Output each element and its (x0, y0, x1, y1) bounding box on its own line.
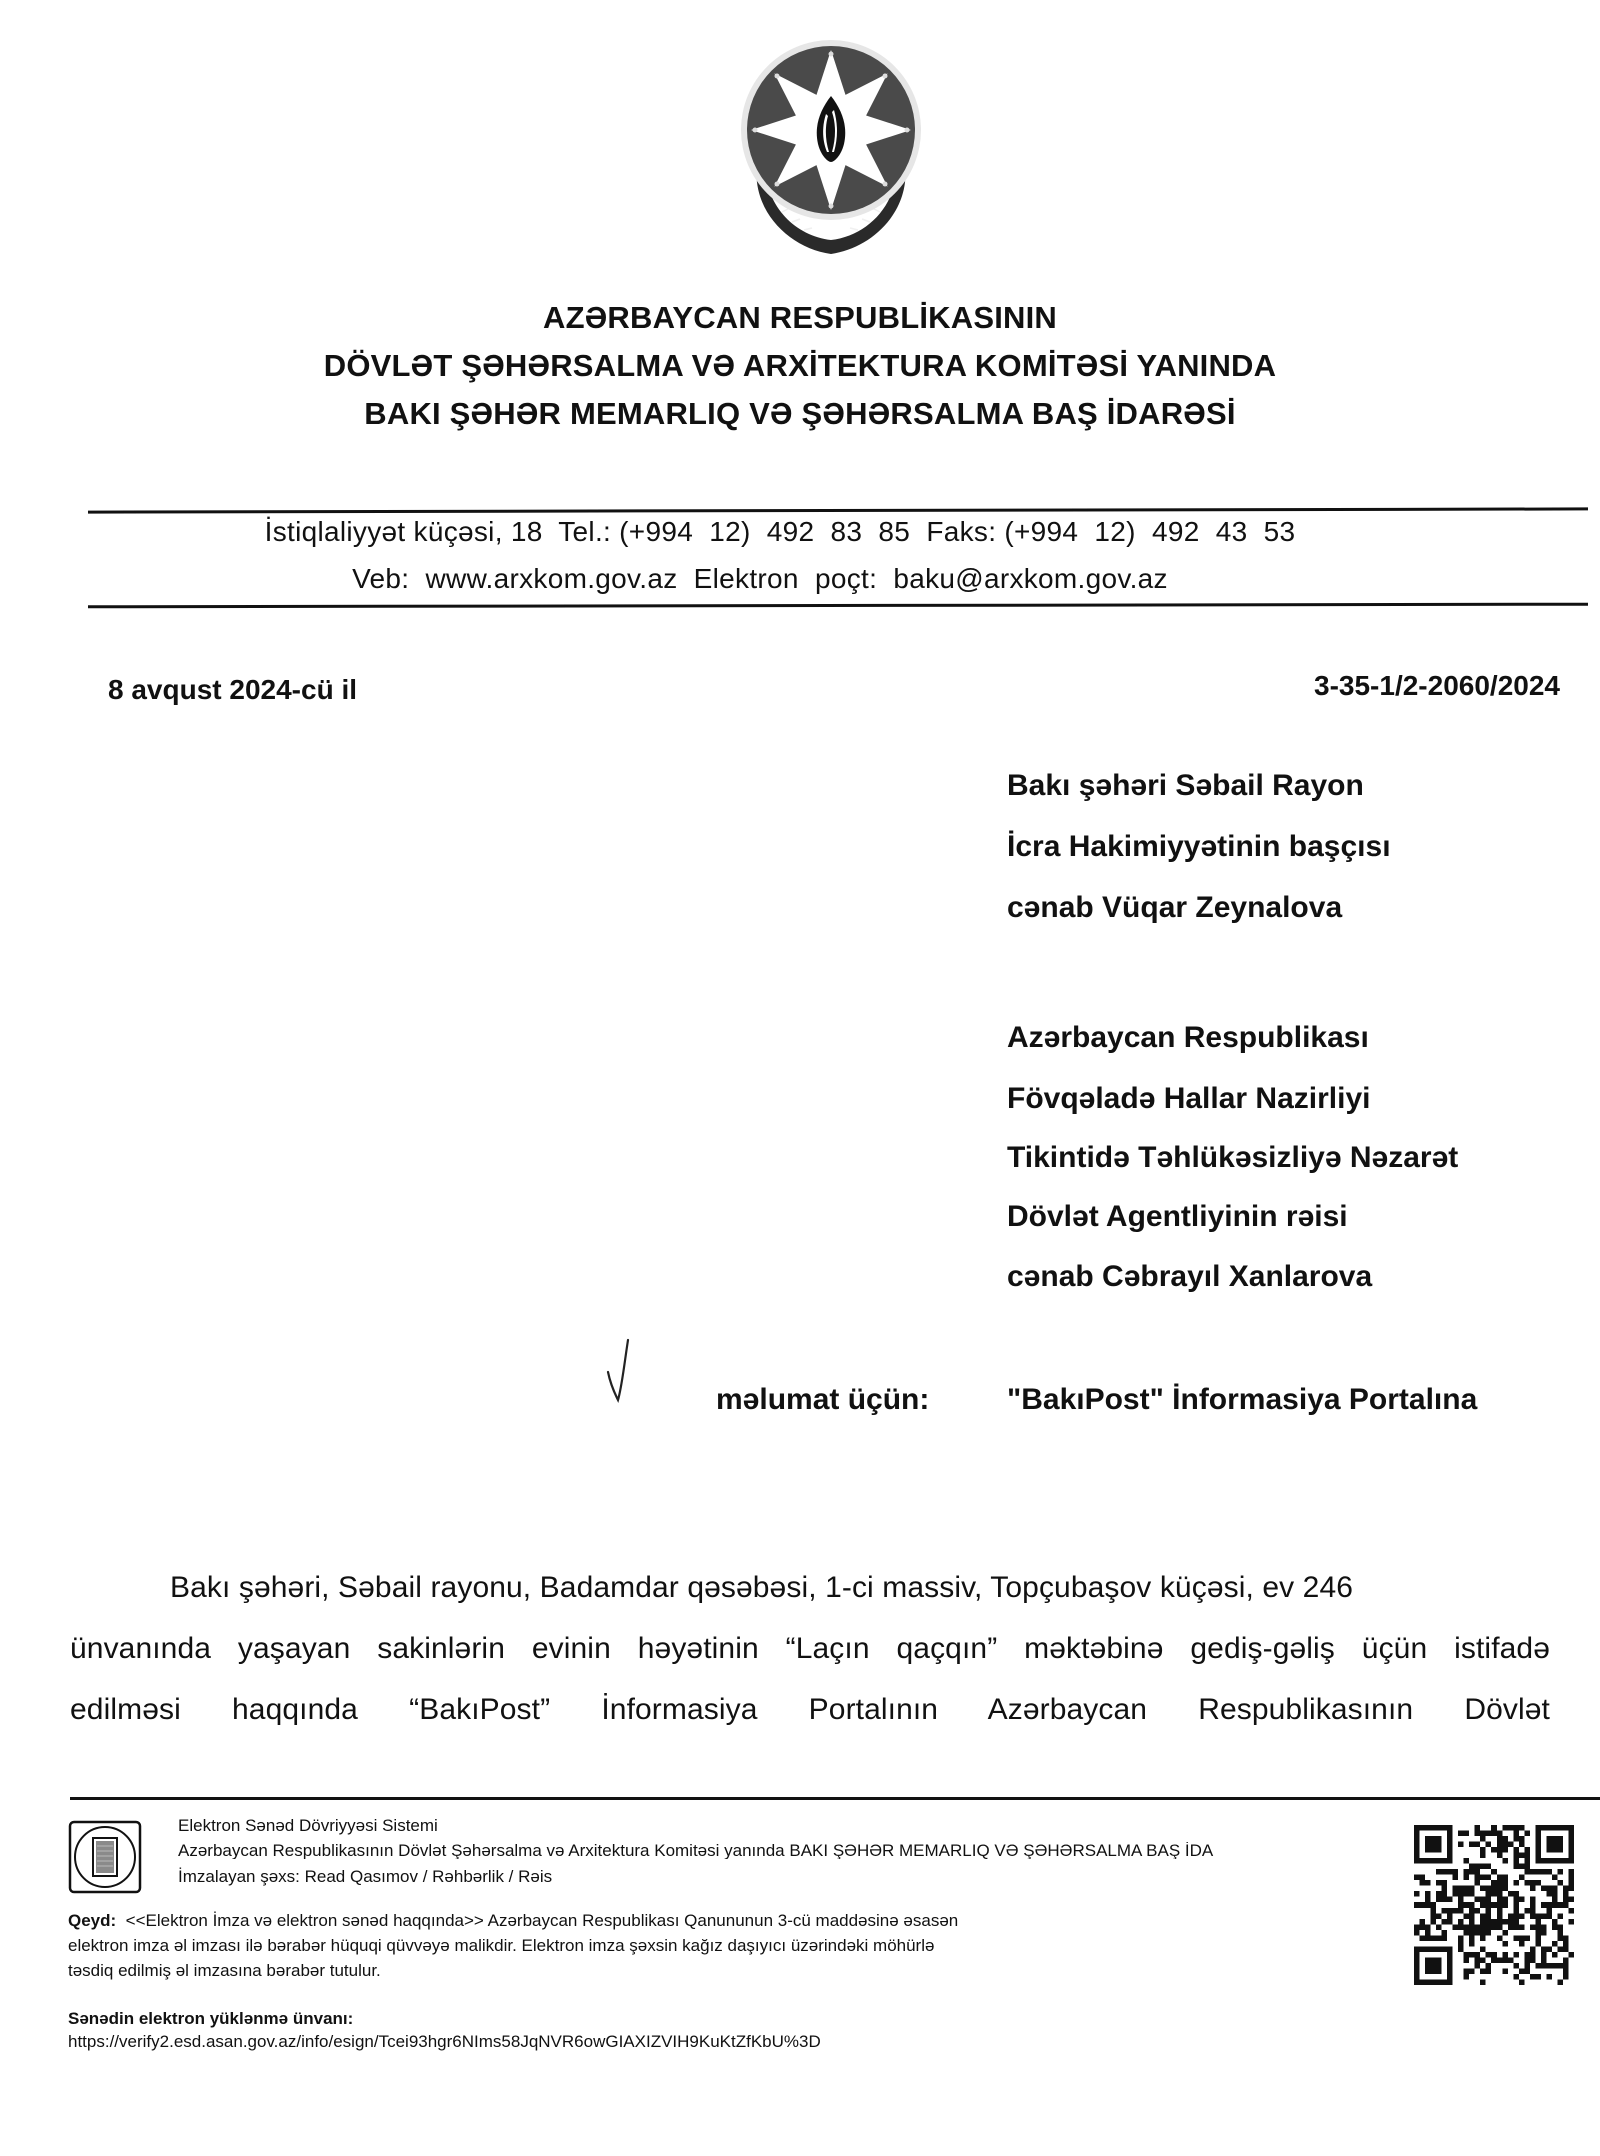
upload-address-link[interactable]: https://verify2.esd.asan.gov.az/info/esi… (68, 2033, 821, 2050)
body-paragraph-line-2: ünvanında yaşayan sakinlərin evinin həyə… (70, 1634, 1550, 1664)
recipient-2-line-1: Azərbaycan Respublikası (1007, 1023, 1369, 1053)
document-date: 8 avqust 2024-cü il (108, 674, 357, 706)
verification-qr-code-icon[interactable] (1414, 1822, 1574, 1988)
recipient-1-line-1: Bakı şəhəri Səbail Rayon (1007, 771, 1364, 801)
recipient-2-line-3: Tikintidə Təhlükəsizliyə Nəzarət (1007, 1143, 1458, 1173)
esd-organization: Azərbaycan Respublikasının Dövlət Şəhərs… (178, 1842, 1398, 1859)
recipient-1-line-2: İcra Hakimiyyətinin başçısı (1007, 832, 1391, 862)
body-paragraph-line-3: edilməsi haqqında “BakıPost” İnformasiya… (70, 1695, 1550, 1725)
contact-address-phone: İstiqlaliyyət küçəsi, 18 Tel.: (+994 12)… (0, 516, 1580, 548)
state-emblem-icon (728, 18, 934, 258)
for-information-recipient: "BakıPost" İnformasiya Portalına (1007, 1383, 1477, 1417)
legal-note-line-2: elektron imza əl imzası ilə bərabər hüqu… (68, 1937, 934, 1954)
recipient-2-line-2: Fövqəladə Hallar Nazirliyi (1007, 1084, 1370, 1114)
for-information-label: məlumat üçün: (716, 1383, 929, 1417)
recipient-1-line-3: cənab Vüqar Zeynalova (1007, 893, 1342, 923)
recipient-2-line-4: Dövlət Agentliyinin rəisi (1007, 1202, 1348, 1232)
electronic-signature-stamp-icon (68, 1820, 142, 1894)
recipient-2-line-5: cənab Cəbrayıl Xanlarova (1007, 1262, 1372, 1292)
esd-system-name: Elektron Sənəd Dövriyyəsi Sistemi (178, 1817, 438, 1834)
legal-note-line-1: Qeyd: <<Elektron İmza və elektron sənəd … (68, 1912, 958, 1929)
body-paragraph-line-1: Bakı şəhəri, Səbail rayonu, Badamdar qəs… (120, 1573, 1550, 1603)
footer-divider (70, 1797, 1600, 1800)
upload-address-label: Sənədin elektron yüklənmə ünvanı: (68, 2010, 353, 2027)
handwritten-checkmark-icon (600, 1330, 640, 1410)
header-divider-top (88, 507, 1588, 513)
org-title-line-3: BAKI ŞƏHƏR MEMARLIQ VƏ ŞƏHƏRSALMA BAŞ İD… (0, 396, 1600, 432)
legal-note-label: Qeyd: (68, 1911, 116, 1930)
esd-signatory: İmzalayan şəxs: Read Qasımov / Rəhbərlik… (178, 1868, 552, 1885)
org-title-line-1: AZƏRBAYCAN RESPUBLİKASININ (0, 300, 1600, 336)
document-reference-number: 3-35-1/2-2060/2024 (1314, 670, 1560, 702)
org-title-line-2: DÖVLƏT ŞƏHƏRSALMA VƏ ARXİTEKTURA KOMİTƏS… (0, 348, 1600, 384)
legal-note-line-3: təsdiq edilmiş əl imzasına bərabər tutul… (68, 1962, 381, 1979)
header-divider-bottom (88, 603, 1588, 609)
contact-web-email: Veb: www.arxkom.gov.az Elektron poçt: ba… (0, 563, 1560, 595)
